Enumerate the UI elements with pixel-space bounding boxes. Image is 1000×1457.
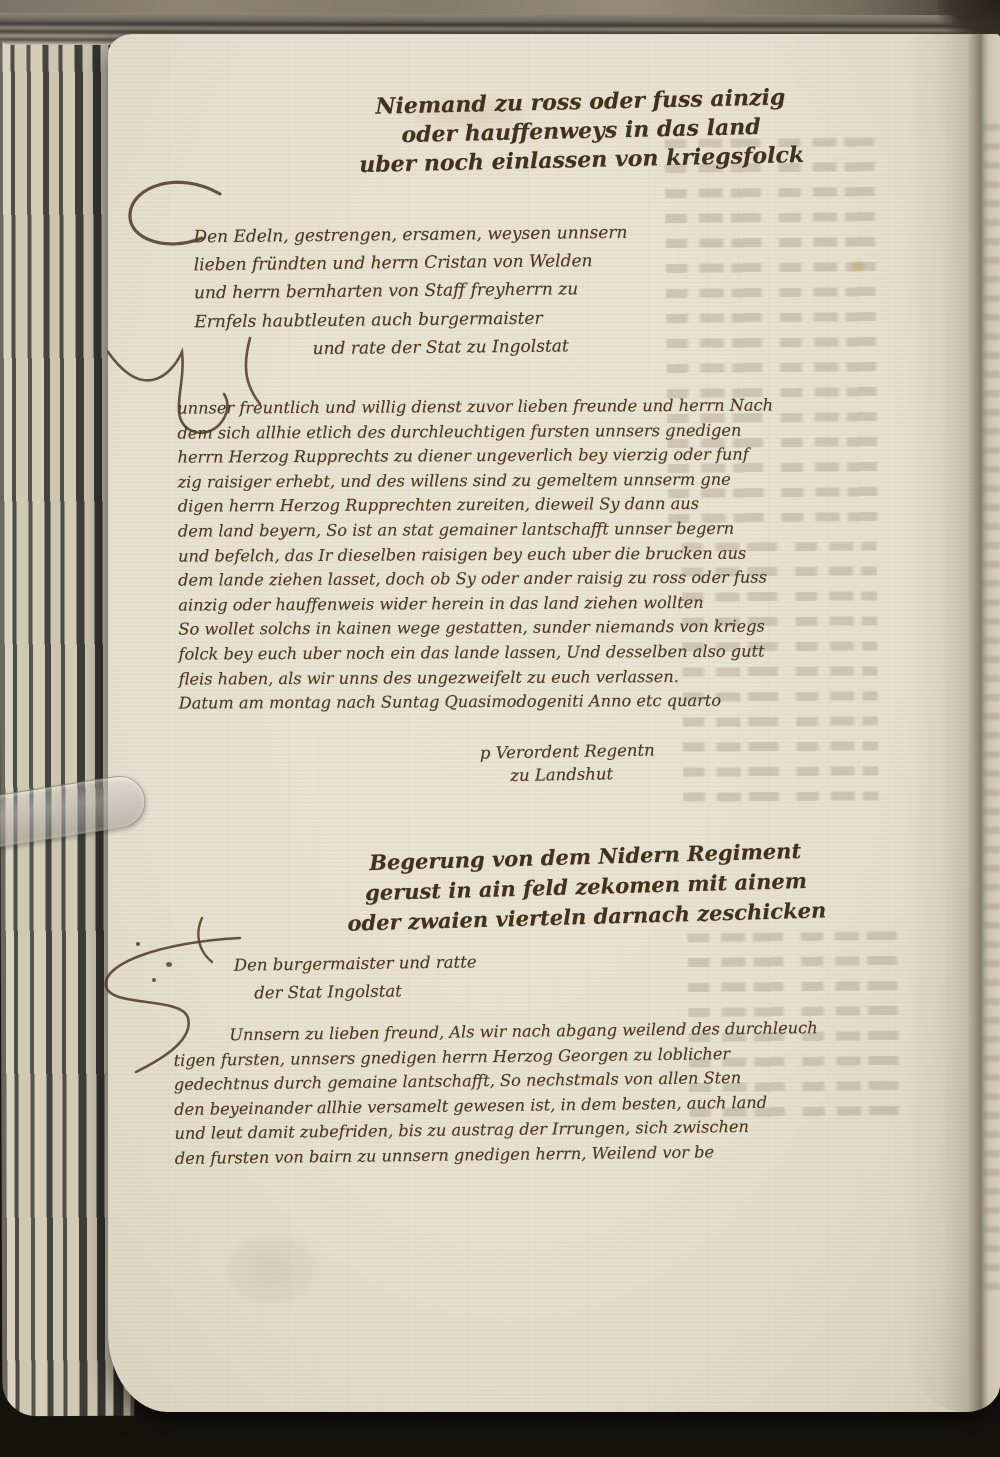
address-line: und herrn bernharten von Staff freyherrn… <box>194 275 628 308</box>
address-line: und rate der Stat zu Ingolstat <box>312 332 628 364</box>
rubric-heading-second-letter: Begerung von dem Nidern Regiment gerust … <box>275 833 897 940</box>
ink-speck <box>152 978 156 982</box>
address-block-second-letter: Den burgermaister und ratte der Stat Ing… <box>234 948 477 1007</box>
signature-line: p Verordent Regentn <box>480 738 655 764</box>
book-photo: Niemand zu ross oder fuss ainzig oder ha… <box>0 0 1000 1457</box>
body-line: zig raisiger erhebt, und des willens sin… <box>178 467 774 495</box>
body-line: unnser freuntlich und willig dienst zuvo… <box>177 393 773 421</box>
body-line: fleis haben, als wir unns des ungezweife… <box>179 664 775 692</box>
address-line: lieben fründten und herrn Cristan von We… <box>194 247 628 280</box>
body-line: dem sich allhie etlich des durchleuchtig… <box>177 418 773 446</box>
dateline: Datum am montag nach Suntag Quasimodogen… <box>179 689 775 717</box>
body-line: ainzig oder hauffenweis wider herein in … <box>178 590 774 618</box>
address-block-first-letter: Den Edeln, gestrengen, ersamen, weysen u… <box>193 219 628 365</box>
body-line: dem lande ziehen lasset, doch ob Sy oder… <box>178 566 774 594</box>
signature-line: zu Landshut <box>510 761 655 787</box>
signature-block: p Verordent Regentn zu Landshut <box>480 738 656 787</box>
address-line: der Stat Ingolstat <box>254 976 477 1007</box>
ink-speck <box>136 942 140 946</box>
address-line: Ernfels haubtleuten auch burgermaister <box>194 303 628 336</box>
letter-body-second-letter: Unnsern zu lieben freund, Als wir nach a… <box>173 1016 819 1171</box>
address-line: Den burgermaister und ratte <box>234 948 477 979</box>
address-line: Den Edeln, gestrengen, ersamen, weysen u… <box>193 219 627 252</box>
manuscript-page: Niemand zu ross oder fuss ainzig oder ha… <box>108 34 1000 1412</box>
paper-foxing-bottom <box>228 1234 318 1304</box>
body-line: dem land beyern, So ist an stat gemainer… <box>178 516 774 544</box>
body-line: folck bey euch uber noch ein das lande l… <box>178 639 774 667</box>
rubric-heading-first-letter: Niemand zu ross oder fuss ainzig oder ha… <box>275 81 887 182</box>
body-line: und befelch, das Ir dieselben raisigen b… <box>178 541 774 569</box>
body-line: digen herrn Herzog Rupprechten zureiten,… <box>178 492 774 520</box>
body-line: So wollet solchs in kainen wege gestatte… <box>178 615 774 643</box>
letter-body-first-letter: unnser freuntlich und willig dienst zuvo… <box>177 393 774 716</box>
ink-speck <box>166 962 172 967</box>
next-page-edge-writing <box>982 124 1000 1292</box>
body-line: herrn Herzog Rupprechts zu diener ungeve… <box>177 443 773 471</box>
